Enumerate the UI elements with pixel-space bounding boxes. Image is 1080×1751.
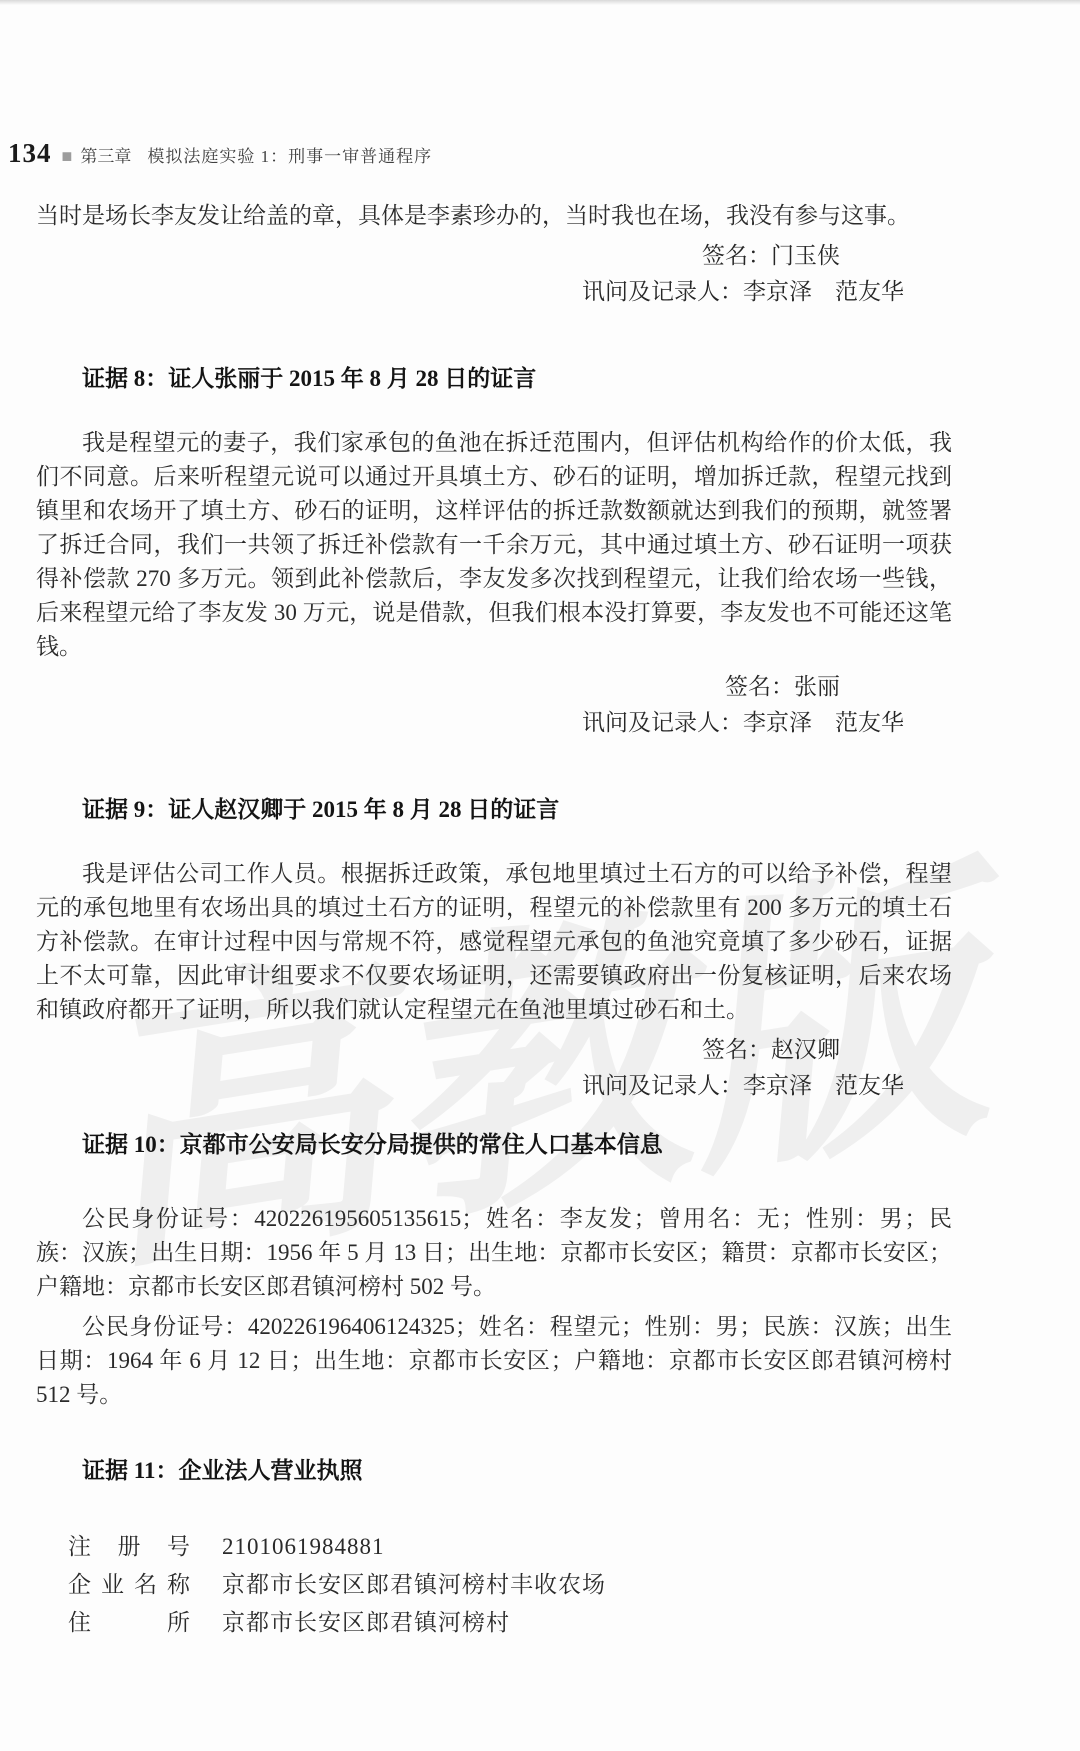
evidence10-record-paragraph-2: 公民身份证号：420226196406124325；姓名：程望元；性别：男；民族… xyxy=(36,1310,952,1412)
scan-edge-shadow xyxy=(0,0,1080,5)
textbook-page: 高教版 134 ■ 第三章 模拟法庭实验 1：刑事一审普通程序 当时是场长李友发… xyxy=(0,0,1080,1751)
business-license-block: 注册号 2101061984881 企业名称 京都市长安区郎君镇河榜村丰收农场 … xyxy=(68,1528,952,1642)
running-head: 134 ■ 第三章 模拟法庭实验 1：刑事一审普通程序 xyxy=(8,138,952,169)
chapter-square-icon: ■ xyxy=(62,146,73,167)
license-row-domicile: 住所 京都市长安区郎君镇河榜村 xyxy=(68,1604,952,1642)
evidence8-heading: 证据 8：证人张丽于 2015 年 8 月 28 日的证言 xyxy=(36,362,952,396)
license-row-registration-number: 注册号 2101061984881 xyxy=(68,1528,952,1566)
interrogator-recorder-line: 讯问及记录人：李京泽 范友华 xyxy=(36,1068,952,1104)
signature-line: 签名：赵汉卿 xyxy=(36,1032,952,1068)
license-field-label: 注册号 xyxy=(68,1528,190,1566)
signature-line: 签名：门玉侠 xyxy=(36,238,952,274)
evidence10-record-paragraph-1: 公民身份证号：420226195605135615；姓名：李友发；曾用名：无；性… xyxy=(36,1202,952,1304)
testimony-continuation-paragraph: 当时是场长李友发让给盖的章，具体是李素珍办的，当时我也在场，我没有参与这事。 xyxy=(36,199,952,233)
evidence10-heading: 证据 10：京都市公安局长安分局提供的常住人口基本信息 xyxy=(36,1128,952,1162)
interrogator-recorder-line: 讯问及记录人：李京泽 范友华 xyxy=(36,705,952,741)
license-row-enterprise-name: 企业名称 京都市长安区郎君镇河榜村丰收农场 xyxy=(68,1566,952,1604)
evidence11-heading: 证据 11：企业法人营业执照 xyxy=(36,1454,952,1488)
page-number: 134 xyxy=(8,138,52,169)
license-field-value: 2101061984881 xyxy=(222,1528,385,1566)
evidence9-testimony-paragraph: 我是评估公司工作人员。根据拆迁政策，承包地里填过土石方的可以给予补偿，程望元的承… xyxy=(36,857,952,1027)
evidence9-heading: 证据 9：证人赵汉卿于 2015 年 8 月 28 日的证言 xyxy=(36,793,952,827)
evidence8-testimony-paragraph: 我是程望元的妻子，我们家承包的鱼池在拆迁范围内，但评估机构给作的价太低，我们不同… xyxy=(36,426,952,664)
chapter-title: 模拟法庭实验 1：刑事一审普通程序 xyxy=(147,142,432,167)
license-field-value: 京都市长安区郎君镇河榜村丰收农场 xyxy=(222,1566,606,1604)
license-field-value: 京都市长安区郎君镇河榜村 xyxy=(222,1604,510,1642)
license-field-label: 企业名称 xyxy=(68,1566,190,1604)
license-field-label: 住所 xyxy=(68,1604,190,1642)
interrogator-recorder-line: 讯问及记录人：李京泽 范友华 xyxy=(36,274,952,310)
signature-line: 签名：张丽 xyxy=(36,669,952,705)
chapter-label: 第三章 xyxy=(80,142,131,167)
